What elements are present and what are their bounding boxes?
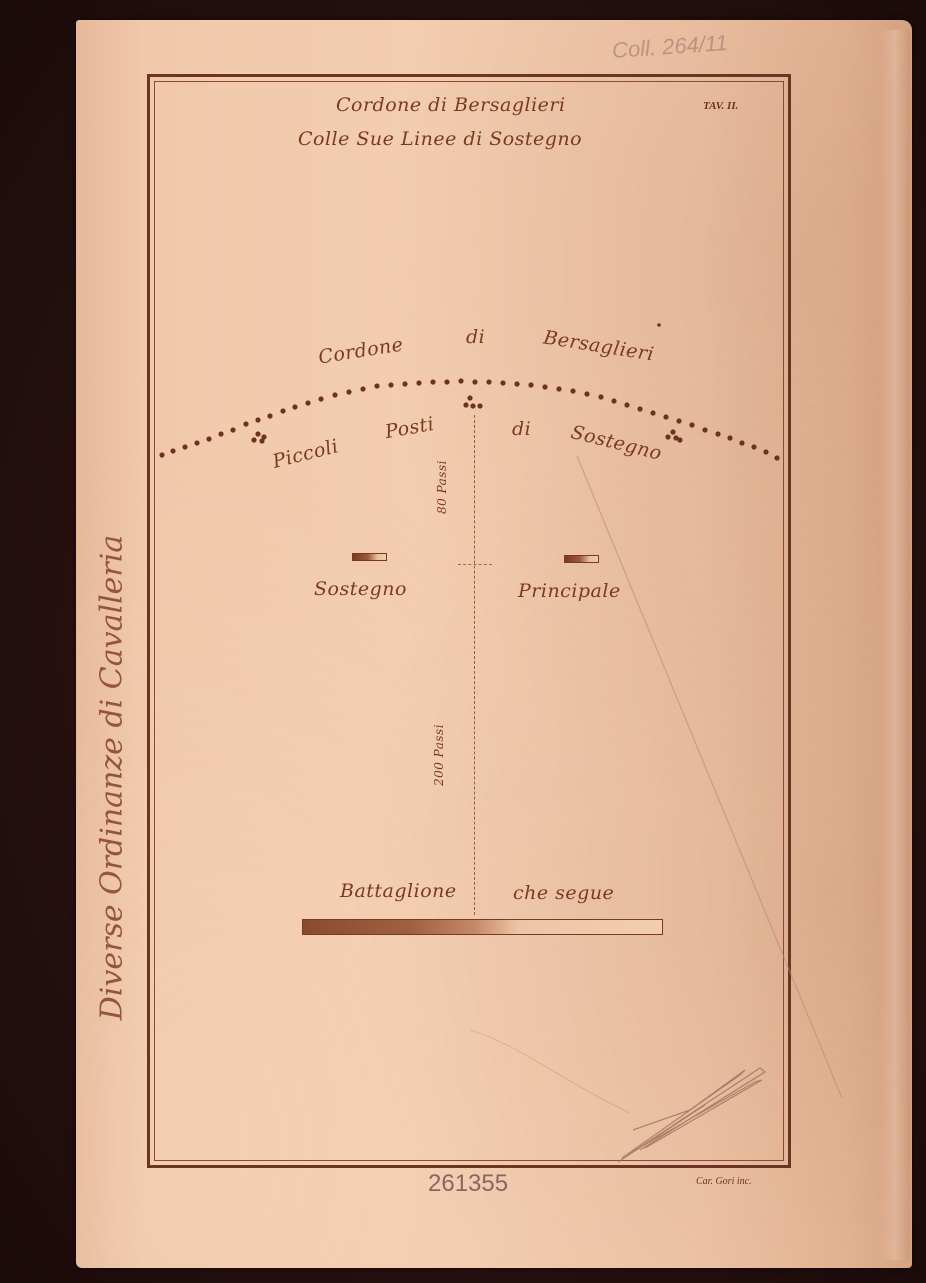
support-label-principale: Principale bbox=[518, 580, 621, 602]
cordon-dots-arc bbox=[0, 0, 926, 1283]
engraver-credit: Car. Gori inc. bbox=[696, 1176, 752, 1187]
distance-cross-mark bbox=[458, 564, 492, 565]
support-label-sostegno: Sostegno bbox=[314, 578, 407, 600]
inventory-number: 261355 bbox=[428, 1170, 508, 1198]
support-block-left bbox=[352, 553, 387, 561]
battalion-bar bbox=[302, 919, 663, 935]
small-posts-label-di: di bbox=[512, 418, 531, 440]
support-block-right bbox=[564, 555, 599, 563]
battalion-label-che-segue: che segue bbox=[513, 882, 614, 904]
distance-label-200-passi: 200 Passi bbox=[432, 724, 446, 786]
distance-dashed-line bbox=[474, 415, 475, 915]
distance-label-80-passi: 80 Passi bbox=[435, 460, 449, 514]
battalion-label-battaglione: Battaglione bbox=[340, 880, 457, 902]
cordon-label-di: di bbox=[466, 326, 485, 348]
margin-handwritten-title: Diverse Ordinanze di Cavalleria bbox=[95, 428, 130, 1128]
